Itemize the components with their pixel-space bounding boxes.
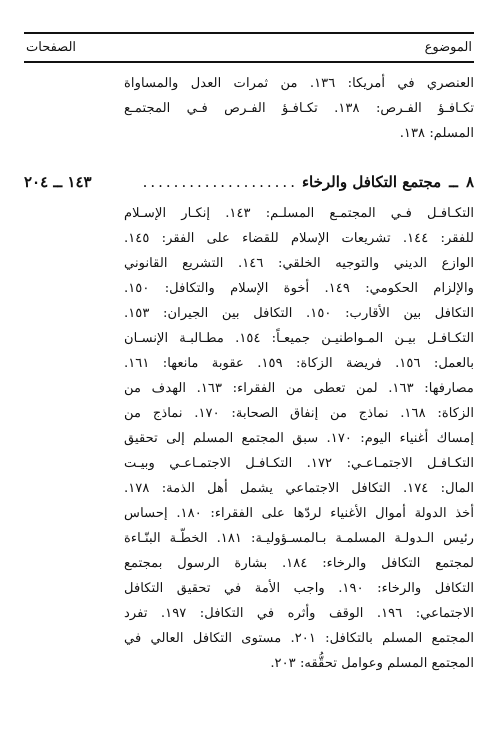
chapter-title: مجتمع التكافل والرخاء bbox=[302, 173, 441, 191]
entry-line: المجتمع المسلم بالتكافل: ٢٠١. مستوى التك… bbox=[124, 626, 474, 651]
topic-column-label: الموضوع bbox=[425, 40, 474, 55]
entry-line: التكـافـل الاجتمـاعـي: ١٧٢. التكـافـل ال… bbox=[124, 451, 474, 476]
entry-line: والإلزام الحكومي: ١٤٩. أخوة الإسلام والت… bbox=[124, 276, 474, 301]
entry-line: تكـافـؤ الفـرص: ١٣٨. تكـافـؤ الفـرص فـي … bbox=[124, 96, 474, 121]
entry-line: الزكاة: ١٦٨. نماذج من إنفاق الصحابة: ١٧٠… bbox=[124, 401, 474, 426]
entry-line: التكافل والرخاء: ١٩٠. واجب الأمة في تحقي… bbox=[124, 576, 474, 601]
entry-line: بالعمل: ١٥٦. فريضة الزكاة: ١٥٩. عقوبة ما… bbox=[124, 351, 474, 376]
entry-line: العنصري في أمريكا: ١٣٦. من ثمرات العدل و… bbox=[124, 71, 474, 96]
entry-line: رئيس الـدولـة المسلمـة بـالمسـؤوليـة: ١٨… bbox=[124, 526, 474, 551]
column-header-row: الموضوع الصفحات bbox=[24, 36, 474, 58]
entry-line: التكـافـل فـي المجتمـع المسلـم: ١٤٣. إنك… bbox=[124, 201, 474, 226]
entry-line: الوازع الديني والتوجيه الخلقي: ١٤٦. التش… bbox=[124, 251, 474, 276]
entry-line: مصارفها: ١٦٣. لمن تعطى من الفقراء: ١٦٣. … bbox=[124, 376, 474, 401]
entry-line: التكافل بين الأقارب: ١٥٠. التكافل بين ال… bbox=[124, 301, 474, 326]
entry-line: التكـافـل بيـن المـواطنيـن جميعـاً: ١٥٤.… bbox=[124, 326, 474, 351]
chapter-entries: التكـافـل فـي المجتمـع المسلـم: ١٤٣. إنك… bbox=[124, 201, 474, 676]
entry-line: لمجتمع التكافل والرخاء: ١٨٤. بشارة الرسو… bbox=[124, 551, 474, 576]
header-rule bbox=[24, 61, 474, 63]
chapter-page-range: ١٤٣ ــ ٢٠٤ bbox=[24, 173, 92, 191]
entry-line: المجتمع المسلم وعوامل تحقُّقه: ٢٠٣. bbox=[124, 651, 474, 676]
top-rule bbox=[24, 32, 474, 34]
entry-line: أخذ الدولة أموال الأغنياء لردّها على الف… bbox=[124, 501, 474, 526]
chapter-dash: ــ bbox=[449, 173, 458, 191]
entry-line: للفقر: ١٤٤. تشريعات الإسلام للقضاء على ا… bbox=[124, 226, 474, 251]
entry-line: الاجتماعي: ١٩٦. الوقف وأثره في التكافل: … bbox=[124, 601, 474, 626]
entry-line: المسلم: ١٣٨. bbox=[124, 121, 474, 146]
chapter-heading[interactable]: ٨ ــ مجتمع التكافل والرخاء .............… bbox=[24, 169, 474, 195]
table-of-contents-page: الموضوع الصفحات العنصري في أمريكا: ١٣٦. … bbox=[24, 0, 474, 732]
leader-dots: .................... bbox=[96, 173, 298, 191]
chapter-number: ٨ bbox=[466, 173, 474, 191]
continuation-entries: العنصري في أمريكا: ١٣٦. من ثمرات العدل و… bbox=[124, 71, 474, 146]
pages-column-label: الصفحات bbox=[24, 40, 76, 55]
entry-line: المال: ١٧٤. التكافل الاجتماعي يشمل أهل ا… bbox=[124, 476, 474, 501]
entry-line: إمساك أغنياء اليوم: ١٧٠. سبق المجتمع الم… bbox=[124, 426, 474, 451]
